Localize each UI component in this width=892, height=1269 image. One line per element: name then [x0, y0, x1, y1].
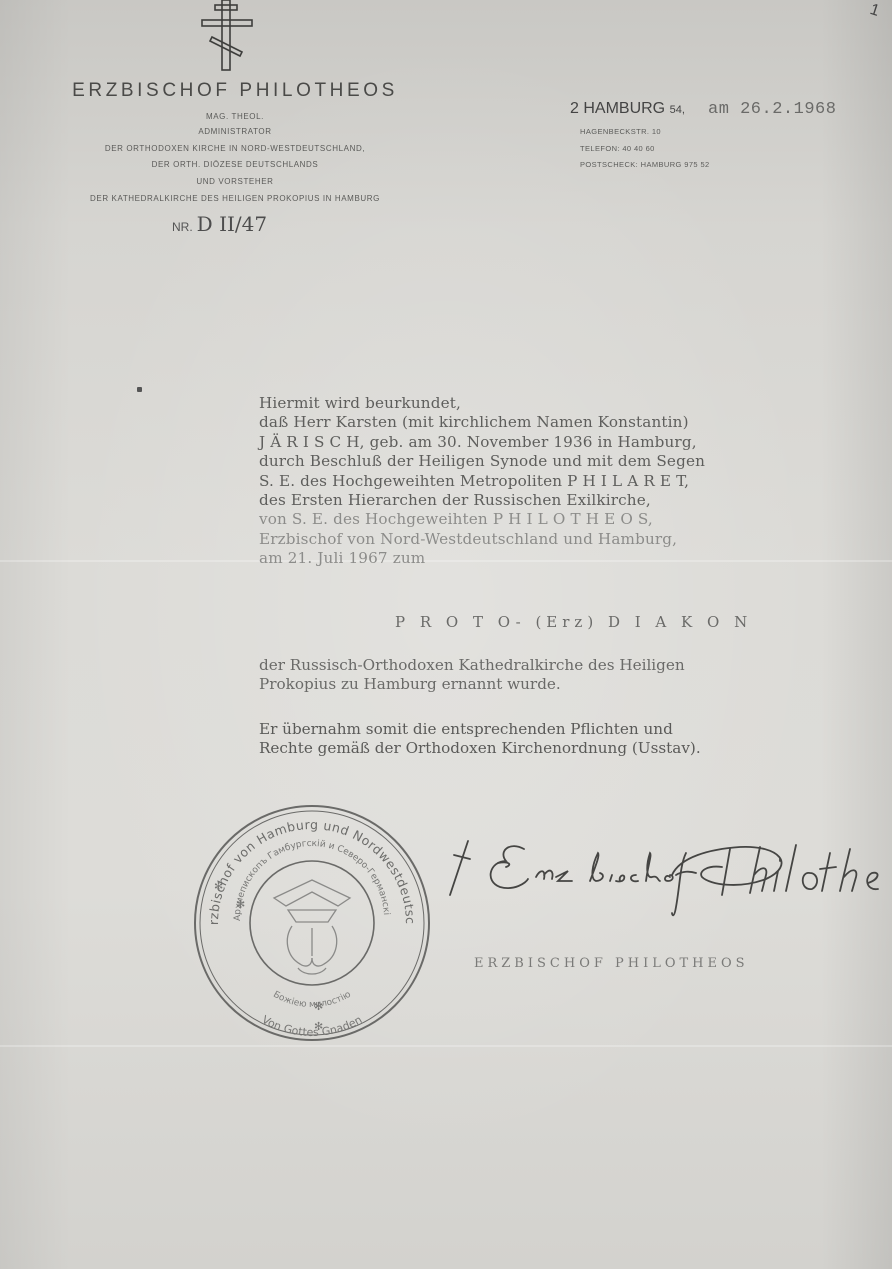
body-line: J Ä R I S C H, geb. am 30. November 1936… — [259, 433, 819, 452]
city-name: 2 HAMBURG — [570, 100, 665, 117]
certificate-paragraph-1: Hiermit wird beurkundet, daß Herr Karste… — [259, 394, 819, 569]
address-phone: TELEFON: 40 40 60 — [580, 144, 655, 153]
letterhead-diocese: DER ORTH. DIÖZESE DEUTSCHLANDS — [50, 160, 420, 169]
address-city: 2 HAMBURG 54, — [570, 100, 685, 118]
body-line: Hiermit wird beurkundet, — [259, 394, 819, 413]
body-line: des Ersten Hierarchen der Russischen Exi… — [259, 491, 819, 510]
body-line: von S. E. des Hochgeweihten P H I L O T … — [259, 510, 819, 529]
postal-district: 54, — [670, 104, 685, 116]
ink-dot — [137, 387, 142, 392]
svg-text:Божіею милостію: Божіею милостію — [271, 990, 353, 1010]
letterhead-cathedral: DER KATHEDRALKIRCHE DES HEILIGEN PROKOPI… — [50, 194, 420, 203]
handwritten-signature — [440, 835, 892, 930]
body-line: Prokopius zu Hamburg ernannt wurde. — [259, 675, 685, 694]
paper-fold — [0, 1045, 892, 1047]
certificate-paragraph-2: der Russisch-Orthodoxen Kathedralkirche … — [259, 656, 685, 695]
page-number: 1 — [867, 1, 881, 21]
reference-number: NR.D II/47 — [172, 212, 267, 236]
reference-value: D II/47 — [197, 212, 267, 236]
svg-text:✻: ✻ — [214, 880, 223, 893]
body-line: Rechte gemäß der Orthodoxen Kirchenordnu… — [259, 739, 701, 758]
body-line: durch Beschluß der Heiligen Synode und m… — [259, 452, 819, 471]
orthodox-cross-icon — [200, 0, 254, 72]
certificate-paragraph-3: Er übernahm somit die entsprechenden Pfl… — [259, 720, 701, 759]
address-postscheck: POSTSCHECK: HAMBURG 975 52 — [580, 160, 710, 169]
paper-texture — [0, 0, 892, 1269]
body-line: der Russisch-Orthodoxen Kathedralkirche … — [259, 656, 685, 675]
address-street: HAGENBECKSTR. 10 — [580, 127, 661, 136]
body-line: Erzbischof von Nord-Westdeutschland und … — [259, 530, 819, 549]
letter-date: am 26.2.1968 — [708, 100, 836, 119]
body-line: S. E. des Hochgeweihten Metropoliten P H… — [259, 472, 819, 491]
body-line: am 21. Juli 1967 zum — [259, 549, 819, 568]
episcopal-emblem-icon — [274, 880, 350, 974]
ordination-rank: P R O T O- (Erz) D I A K O N — [395, 613, 752, 631]
letterhead-role: ADMINISTRATOR — [50, 127, 420, 136]
letterhead-title: ERZBISCHOF PHILOTHEOS — [50, 80, 420, 102]
svg-text:✻: ✻ — [314, 1020, 323, 1033]
svg-text:✻: ✻ — [236, 898, 245, 911]
letterhead-church: DER ORTHODOXEN KIRCHE IN NORD-WESTDEUTSC… — [50, 144, 420, 153]
letterhead-role2: UND VORSTEHER — [50, 177, 420, 186]
letterhead-degree: MAG. THEOL. — [50, 112, 420, 121]
typed-signature-name: ERZBISCHOF PHILOTHEOS — [474, 956, 749, 971]
body-line: Er übernahm somit die entsprechenden Pfl… — [259, 720, 701, 739]
body-line: daß Herr Karsten (mit kirchlichem Namen … — [259, 413, 819, 432]
reference-label: NR. — [172, 220, 193, 234]
official-seal: Der Erzbischof von Hamburg und Nordwestd… — [188, 798, 436, 1048]
svg-text:✻: ✻ — [314, 1000, 323, 1013]
